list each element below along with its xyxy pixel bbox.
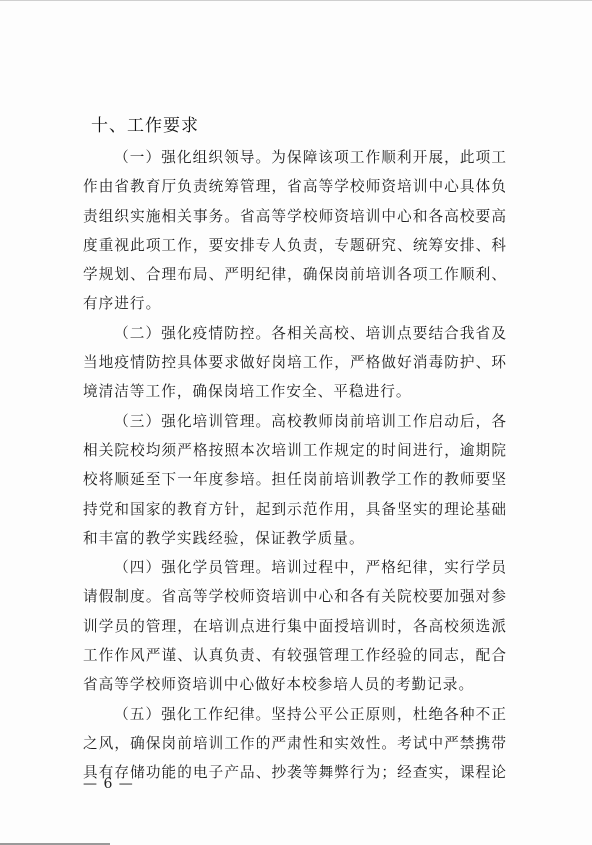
text-line: （三）强化培训管理。高校教师岗前培训工作启动后，各 (83, 407, 507, 436)
paragraph-epidemic-control: （二）强化疫情防控。各相关高校、培训点要结合我省及 当地疫情防控具体要求做好岗培… (83, 319, 507, 407)
text-line: 持党和国家的教育方针，起到示范作用，具备坚实的理论基础 (83, 495, 507, 524)
text-line: 请假制度。省高等学校师资培训中心和各有关院校要加强对参 (83, 582, 507, 611)
paragraph-organization-leadership: （一）强化组织领导。为保障该项工作顺利开展，此项工 作由省教育厅负责统筹管理，省… (83, 143, 507, 319)
text-line: 省高等学校师资培训中心做好本校参培人员的考勤记录。 (83, 670, 507, 699)
text-line: 责组织实施相关事务。省高等学校师资培训中心和各高校要高 (83, 202, 507, 231)
text-line: 和丰富的教学实践经验，保证教学质量。 (83, 524, 507, 553)
text-line: 相关院校均须严格按照本次培训工作规定的时间进行，逾期院 (83, 436, 507, 465)
text-line: 当地疫情防控具体要求做好岗培工作，严格做好消毒防护、环 (83, 348, 507, 377)
paragraph-work-discipline: （五）强化工作纪律。坚持公平公正原则，杜绝各种不正 之风，确保岗前培训工作的严肃… (83, 700, 507, 788)
page-number: — 6 — (83, 776, 134, 792)
section-heading: 十、工作要求 (83, 113, 507, 139)
text-line: （四）强化学员管理。培训过程中，严格纪律，实行学员 (83, 553, 507, 582)
text-line: 度重视此项工作，要安排专人负责，专题研究、统筹安排、科 (83, 231, 507, 260)
text-line: 训学员的管理，在培训点进行集中面授培训时，各高校须选派 (83, 612, 507, 641)
document-page: 十、工作要求 （一）强化组织领导。为保障该项工作顺利开展，此项工 作由省教育厅负… (83, 113, 507, 788)
paragraph-trainee-management: （四）强化学员管理。培训过程中，严格纪律，实行学员 请假制度。省高等学校师资培训… (83, 553, 507, 699)
text-line: 工作作风严谨、认真负责、有较强管理工作经验的同志，配合 (83, 641, 507, 670)
paragraph-training-management: （三）强化培训管理。高校教师岗前培训工作启动后，各 相关院校均须严格按照本次培训… (83, 407, 507, 553)
text-line: 校将顺延至下一年度参培。担任岗前培训教学工作的教师要坚 (83, 465, 507, 494)
text-line: 具有存储功能的电子产品、抄袭等舞弊行为；经查实，课程论 (83, 758, 507, 787)
scan-top-edge (0, 0, 592, 1)
text-line: 境清洁等工作，确保岗培工作安全、平稳进行。 (83, 377, 507, 406)
text-line: 有序进行。 (83, 289, 507, 318)
text-line: 作由省教育厅负责统筹管理，省高等学校师资培训中心具体负 (83, 172, 507, 201)
text-line: （一）强化组织领导。为保障该项工作顺利开展，此项工 (83, 143, 507, 172)
text-line: （五）强化工作纪律。坚持公平公正原则，杜绝各种不正 (83, 700, 507, 729)
text-line: 学规划、合理布局、严明纪律，确保岗前培训各项工作顺利、 (83, 260, 507, 289)
text-line: 之风，确保岗前培训工作的严肃性和实效性。考试中严禁携带 (83, 729, 507, 758)
text-line: （二）强化疫情防控。各相关高校、培训点要结合我省及 (83, 319, 507, 348)
